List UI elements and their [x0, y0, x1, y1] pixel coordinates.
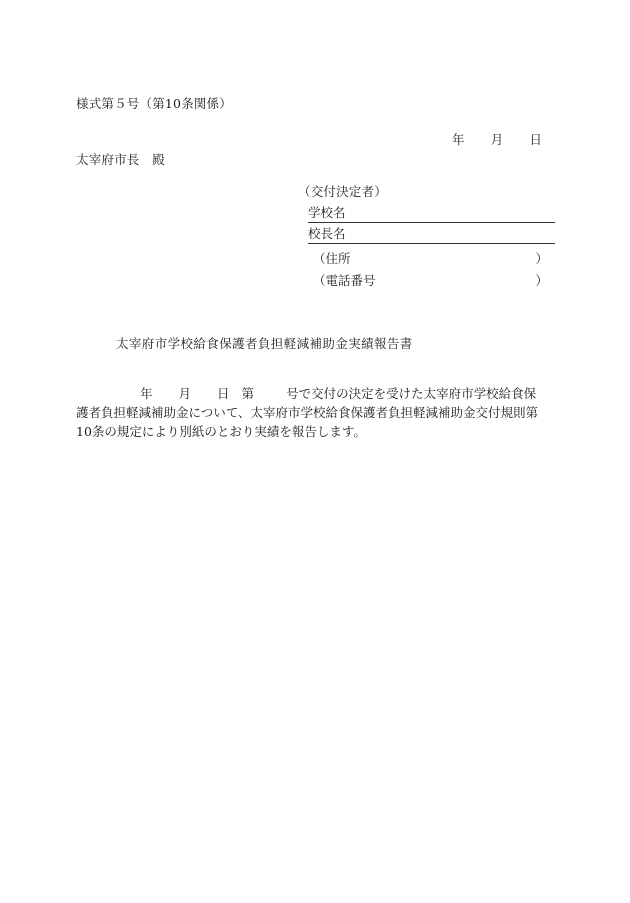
body-dai-label: 第 — [242, 386, 255, 401]
school-name-field[interactable]: 学校名 — [308, 205, 555, 223]
phone-label: （電話番号 — [313, 273, 376, 288]
body-line-1: 年月日第号で交付の決定を受けた太宰府市学校給食保 — [76, 384, 556, 403]
applicant-label: （交付決定者） — [298, 184, 387, 200]
body-day-label: 日 — [217, 386, 230, 401]
principal-name-label: 校長名 — [308, 226, 346, 242]
date-day-label: 日 — [529, 132, 542, 148]
body-year-label: 年 — [140, 386, 153, 401]
address-label: （住所 — [313, 251, 351, 266]
document-page: 様式第５号（第10条関係） 年月日 太宰府市長 殿 （交付決定者） 学校名 校長… — [0, 0, 630, 903]
body-line-2: 護者負担軽減補助金について、太宰府市学校給食保護者負担軽減補助金交付規則第 — [76, 403, 556, 422]
form-number: 様式第５号（第10条関係） — [76, 96, 232, 112]
school-name-label: 学校名 — [308, 205, 346, 221]
principal-name-field[interactable]: 校長名 — [308, 226, 555, 244]
document-body: 年月日第号で交付の決定を受けた太宰府市学校給食保 護者負担軽減補助金について、太… — [76, 384, 556, 441]
phone-close-paren: ） — [535, 273, 548, 289]
date-year-label: 年 — [452, 132, 465, 148]
body-line-1-rest: 号で交付の決定を受けた太宰府市学校給食保 — [286, 386, 536, 401]
date-line: 年月日 — [452, 132, 542, 148]
phone-field[interactable]: （電話番号 ） — [313, 273, 548, 289]
document-title: 太宰府市学校給食保護者負担軽減補助金実績報告書 — [116, 336, 413, 352]
address-close-paren: ） — [535, 251, 548, 267]
address-field[interactable]: （住所 ） — [313, 251, 548, 267]
date-month-label: 月 — [491, 132, 504, 148]
body-line-3: 10条の規定により別紙のとおり実績を報告します。 — [76, 422, 556, 441]
body-month-label: 月 — [179, 386, 192, 401]
addressee: 太宰府市長 殿 — [76, 152, 165, 168]
